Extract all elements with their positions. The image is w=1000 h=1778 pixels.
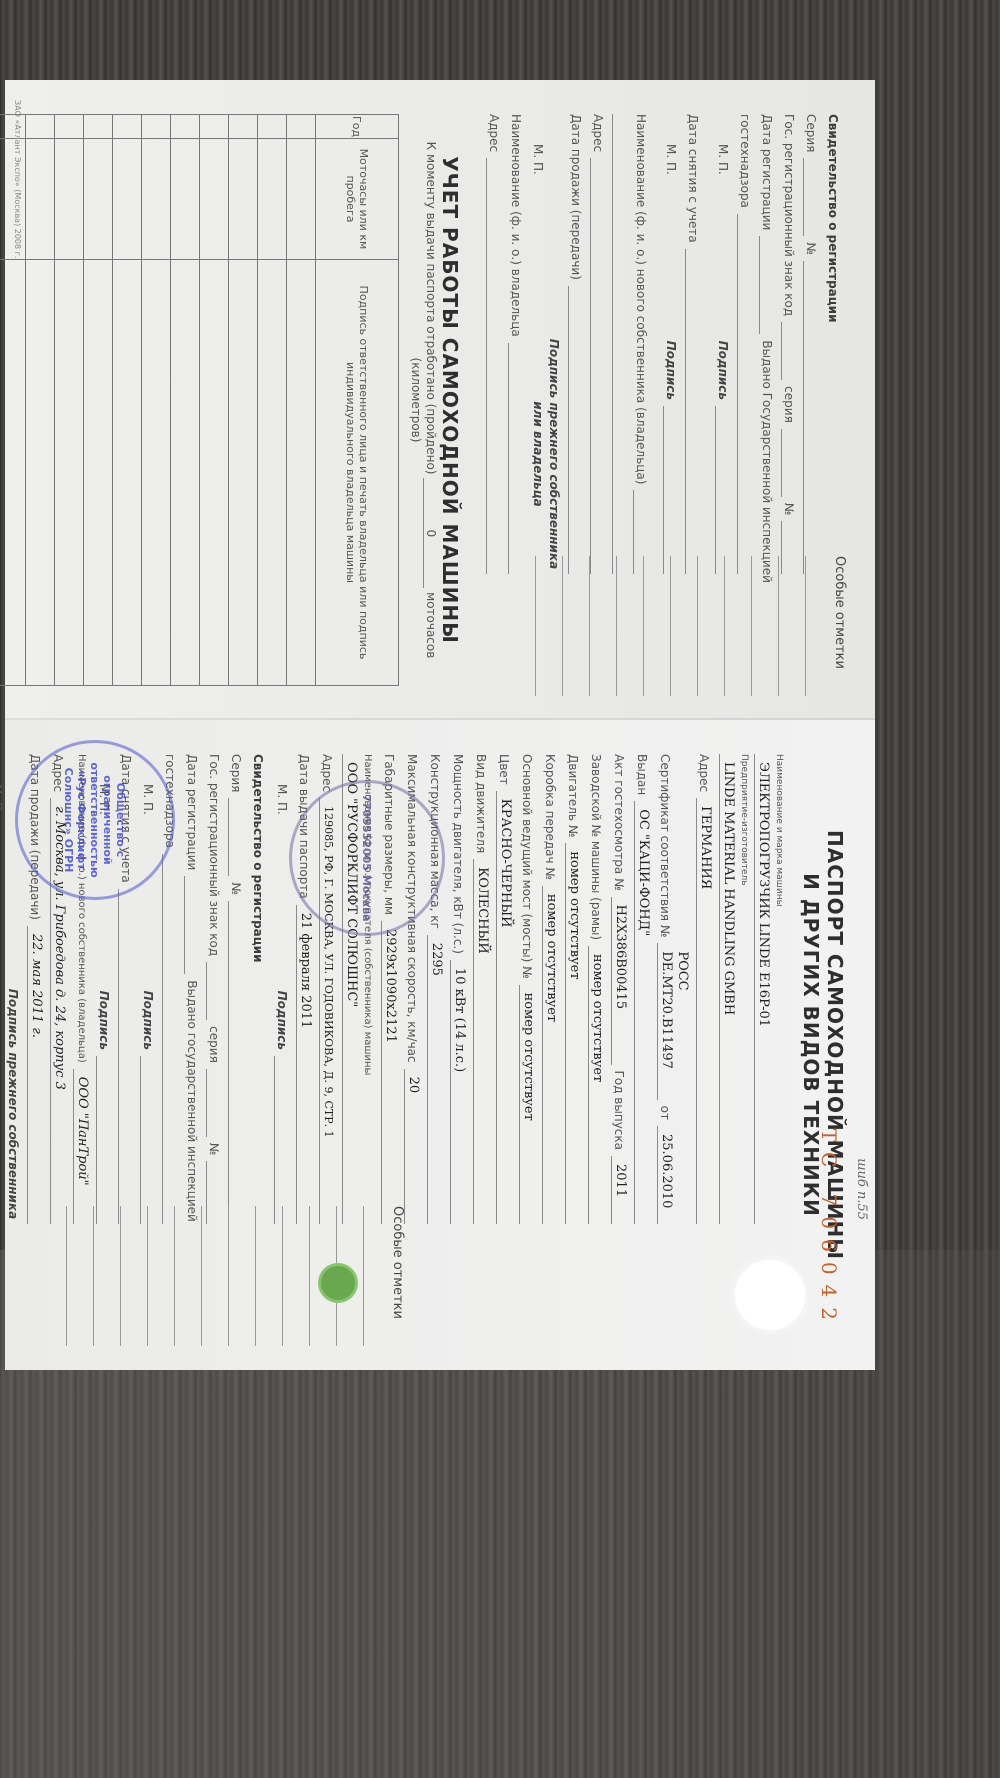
table-cell	[142, 259, 171, 685]
seller-round-stamp: 7705552005 Москва	[289, 780, 445, 936]
axle-value: номер отсутствует	[519, 985, 536, 1224]
table-cell	[200, 259, 229, 685]
frame-value: номер отсутствует	[588, 946, 605, 1224]
machine-name-value: ЭЛЕКТРОПОГРУЗЧИК LINDE E16P-01	[754, 754, 771, 1224]
buyer-address-label: Адрес	[319, 754, 335, 792]
dereg-date-label: Дата снятия с учета	[685, 114, 701, 243]
customs-label: Акт гостехосмотра №	[611, 754, 627, 891]
right-special-notes: Особые отметки	[66, 1206, 405, 1346]
mp-label: М. П.	[0, 784, 5, 815]
address-label: Адрес	[696, 754, 712, 792]
table-row	[258, 115, 287, 686]
right-page: шиб п.55 ПАСПОРТ САМОХОДНОЙ МАШИНЫ И ДРУ…	[5, 720, 875, 1370]
table-cell	[229, 115, 258, 139]
mass-value: 2295	[427, 935, 444, 1224]
number-label: №	[228, 882, 244, 894]
series-label: Серия	[228, 754, 244, 792]
work-log-table: Год Моточасы или км пробега Подпись отве…	[0, 114, 399, 686]
gearbox-label: Коробка передач №	[542, 754, 558, 880]
certificate-value: РОСС DE.MT20.B11497	[657, 943, 690, 1099]
prev-owner-signature-label: Подпись прежнего собственника или владел…	[0, 984, 21, 1224]
dims-value: 2929x1090x2121	[381, 921, 398, 1224]
reg-date-label: Дата регистрации	[184, 754, 200, 870]
manufacturer-value: LINDE MATERIAL HANDLING GMBH	[719, 754, 736, 1224]
engine-value: номер отсутствует	[565, 843, 582, 1224]
new-owner-label: Наименование (ф. и. о.) нового собственн…	[633, 114, 649, 484]
signature-label: Подпись	[715, 341, 731, 400]
special-notes-label: Особые отметки	[390, 1206, 405, 1346]
special-notes-label: Особые отметки	[832, 556, 847, 696]
frame-label: Заводской № машины (рамы)	[588, 754, 604, 940]
table-cell	[26, 259, 55, 685]
table-cell	[287, 259, 316, 685]
owner-name-label: Наименование (ф. и. о.) владельца	[508, 114, 524, 337]
col-hours: Моточасы или км пробега	[316, 139, 399, 260]
table-cell	[171, 115, 200, 139]
table-cell	[84, 259, 113, 685]
left-page: Свидетельство о регистрации Серия№ Гос. …	[5, 80, 875, 720]
work-log-subtitle: К моменту выдачи паспорта отработано (пр…	[409, 114, 438, 686]
table-cell	[200, 115, 229, 139]
mp-label: М. П.	[274, 784, 290, 815]
table-cell	[26, 139, 55, 260]
work-log-title: УЧЕТ РАБОТЫ САМОХОДНОЙ МАШИНЫ	[438, 114, 462, 686]
address-value: ГЕРМАНИЯ	[696, 798, 713, 1224]
table-cell	[55, 259, 84, 685]
year-value: 2011	[611, 1156, 628, 1224]
mp-label: М. П.	[530, 144, 546, 175]
table-cell	[171, 139, 200, 260]
table-cell	[26, 115, 55, 139]
passport-spread: Свидетельство о регистрации Серия№ Гос. …	[5, 80, 875, 1370]
address-label: Адрес	[590, 114, 606, 152]
table-cell	[258, 115, 287, 139]
issued-by-label: Выдано Государственной инспекцией	[759, 340, 775, 583]
certificate-date-value: 25.06.2010	[657, 1126, 674, 1224]
table-cell	[287, 115, 316, 139]
green-hologram-seal	[321, 1266, 355, 1300]
table-cell	[200, 139, 229, 260]
mp-label: М. П.	[715, 144, 731, 175]
number-label: №	[803, 242, 819, 254]
table-cell	[113, 259, 142, 685]
signature-label: Подпись	[663, 341, 679, 400]
issued-by-label: Выдан	[634, 754, 650, 795]
table-cell	[171, 259, 200, 685]
series-label: Серия	[803, 114, 819, 152]
passport-date-value: 21 февраля 2011	[296, 905, 313, 1224]
mp-label: М. П.	[663, 144, 679, 175]
owner-address-label: Адрес	[486, 114, 502, 152]
table-row	[142, 115, 171, 686]
color-value: КРАСНО-ЧЕРНЫЙ	[496, 791, 513, 1224]
signature-label: Подпись	[140, 991, 156, 1050]
manufacturer-label: Предприятие-изготовитель	[736, 754, 752, 1224]
table-cell	[113, 139, 142, 260]
power-label: Мощность двигателя, кВт (л.с.)	[450, 754, 466, 954]
left-special-notes: Особые отметки	[535, 556, 847, 696]
table-cell	[84, 115, 113, 139]
plate-number-label: №	[206, 1143, 222, 1155]
plate-label: Гос. регистрационный знак код	[206, 754, 222, 956]
plate-number-label: №	[781, 503, 797, 515]
table-row	[200, 115, 229, 686]
table-cell	[229, 259, 258, 685]
engine-label: Двигатель №	[565, 754, 581, 837]
table-cell	[229, 139, 258, 260]
printer-footer: ЗАО «Атлант Экспо» (Москва) 2008 г.	[13, 100, 22, 258]
certificate-date-label: от	[657, 1106, 673, 1120]
serial-number: ТС 706042	[817, 1129, 841, 1330]
owner-round-stamp: Общество с ограниченной ответственностью…	[15, 740, 175, 900]
axle-label: Основной ведущий мост (мосты) №	[519, 754, 535, 979]
handwritten-note: шиб п.55	[854, 1158, 869, 1220]
punched-hole	[735, 1260, 805, 1330]
table-row	[113, 115, 142, 686]
col-year: Год	[316, 115, 399, 139]
propulsion-label: Вид движителя	[473, 754, 489, 853]
propulsion-value: КОЛЕСНЫЙ	[473, 859, 490, 1224]
sale-date-value: 22. мая 2011 г.	[27, 926, 44, 1224]
table-row	[287, 115, 316, 686]
table-row	[55, 115, 84, 686]
plate-label: Гос. регистрационный знак код	[781, 114, 797, 316]
table-row	[229, 115, 258, 686]
plate-series-label: серия	[781, 386, 797, 423]
table-cell	[258, 139, 287, 260]
signature-label: Подпись	[274, 991, 290, 1050]
new-owner-value: ООО "ПанТрой"	[73, 1069, 90, 1224]
gearbox-value: номер отсутствует	[542, 886, 559, 1224]
sale-date-label: Дата продажи (передачи)	[568, 114, 584, 280]
issued-by-value: ОС "КАЦИ-ФОНД"	[634, 801, 651, 1224]
table-cell	[142, 115, 171, 139]
left-registration-title: Свидетельство о регистрации	[825, 114, 841, 574]
power-value: 10 кВт (14 л.с.)	[450, 960, 467, 1224]
right-registration-title: Свидетельство о регистрации	[250, 754, 266, 1224]
col-signature: Подпись ответственного лица и печать вла…	[316, 259, 399, 685]
table-cell	[258, 259, 287, 685]
customs-value: H2X386B00415	[611, 897, 628, 1065]
signature-label: Подпись	[96, 991, 112, 1050]
speed-value: 20	[404, 1069, 421, 1224]
plate-series-label: серия	[206, 1026, 222, 1063]
table-cell	[113, 115, 142, 139]
table-cell	[84, 139, 113, 260]
work-log-section: УЧЕТ РАБОТЫ САМОХОДНОЙ МАШИНЫ К моменту …	[0, 114, 462, 686]
table-row	[84, 115, 113, 686]
table-row	[171, 115, 200, 686]
authority-label: гостехнадзора	[737, 114, 753, 208]
issued-by-label: Выдано государственной инспекцией	[184, 980, 200, 1222]
reg-date-label: Дата регистрации	[759, 114, 775, 230]
table-cell	[55, 139, 84, 260]
color-label: Цвет	[496, 754, 512, 785]
table-cell	[142, 139, 171, 260]
machine-name-label: Наименование и марка машины	[771, 754, 787, 1224]
table-cell	[0, 259, 26, 685]
table-cell	[287, 139, 316, 260]
certificate-label: Сертификат соответствия №	[657, 754, 673, 937]
year-label: Год выпуска	[611, 1071, 627, 1150]
prev-owner-signature-label: Подпись прежнего собственника или владел…	[530, 334, 562, 574]
table-row	[26, 115, 55, 686]
table-cell	[55, 115, 84, 139]
